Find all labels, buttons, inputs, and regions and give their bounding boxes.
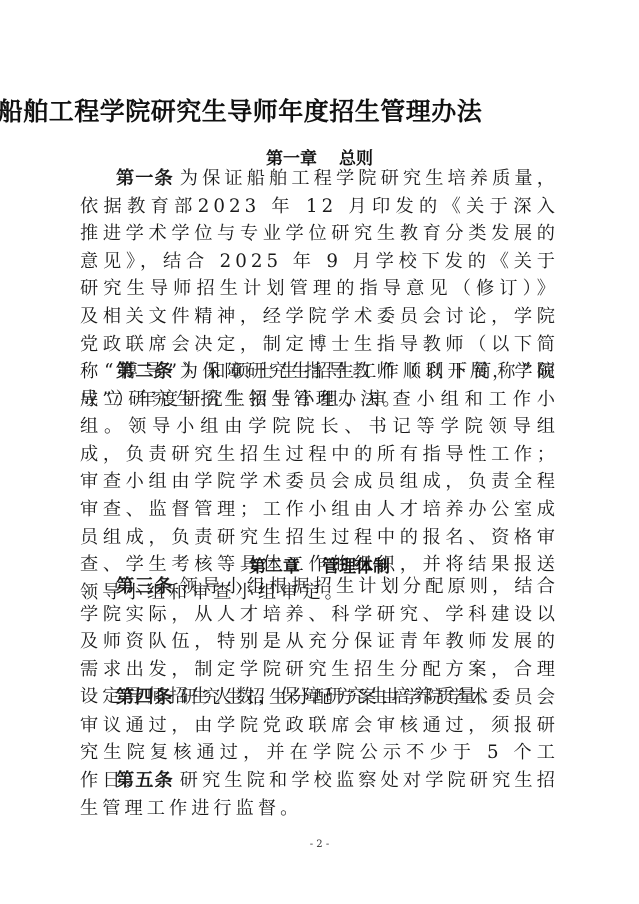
article-label: 第二条	[116, 361, 174, 382]
article-label: 第五条	[116, 770, 174, 791]
document-title: 船舶工程学院研究生导师年度招生管理办法	[0, 92, 490, 128]
article-label: 第四条	[116, 687, 174, 708]
page-number: - 2 -	[0, 839, 639, 850]
article-label: 第三条	[116, 576, 174, 597]
article-label: 第一条	[116, 168, 174, 189]
article-5: 第五条研究生院和学校监察处对学院研究生招生管理工作进行监督。	[80, 767, 559, 822]
